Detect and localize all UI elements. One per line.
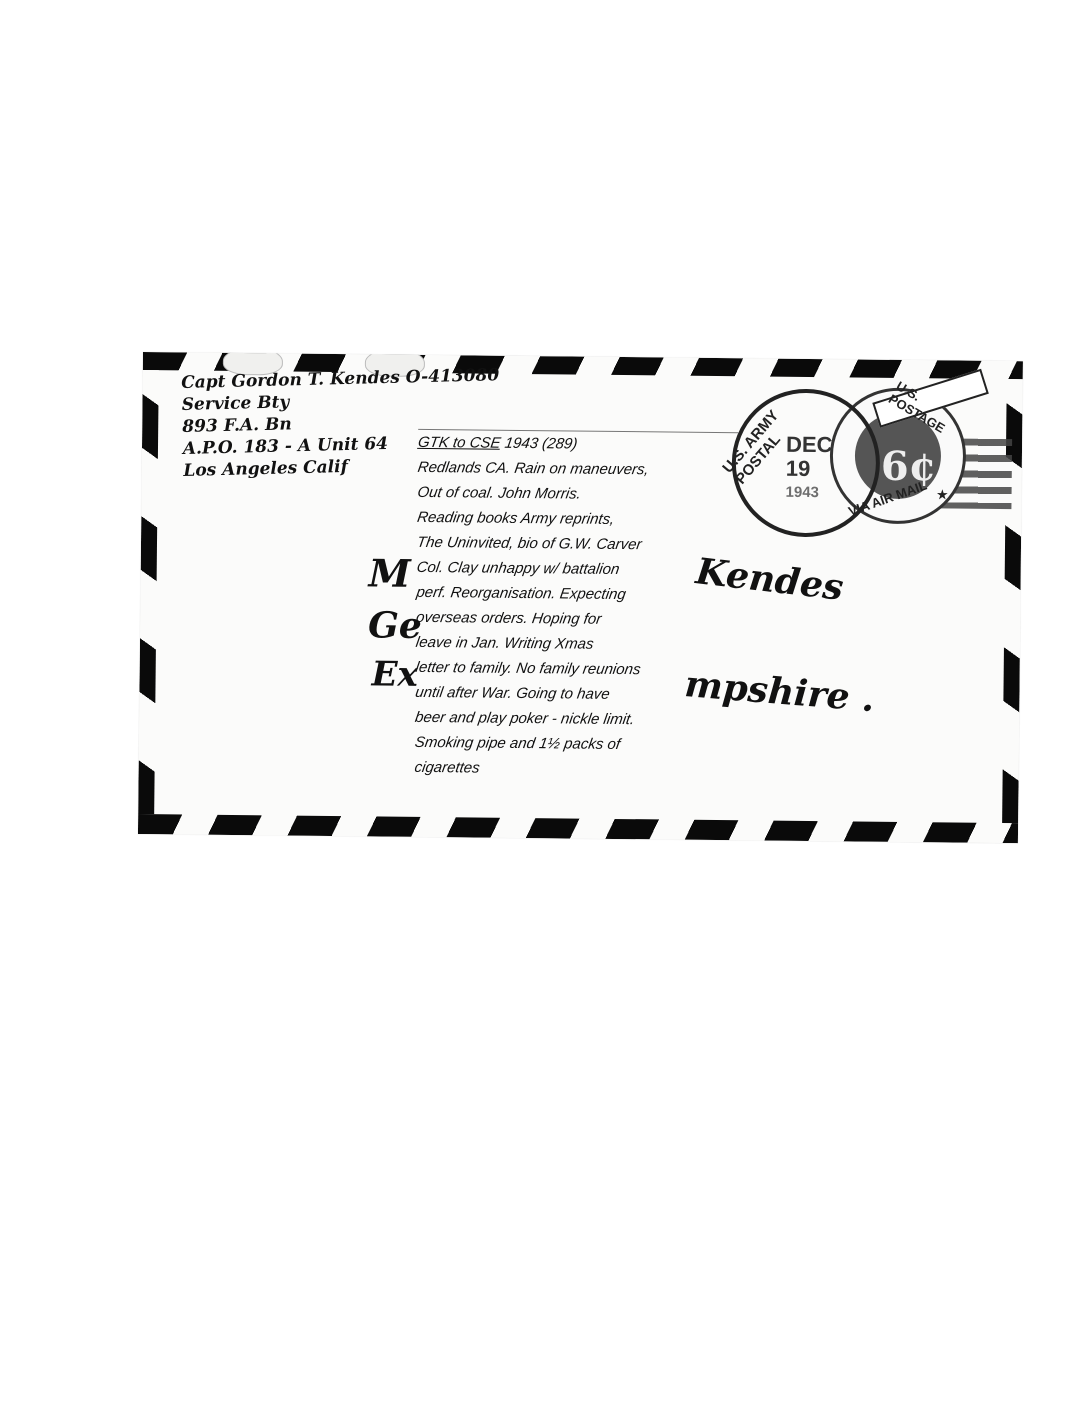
note-date: 1943 (289)	[503, 435, 578, 453]
note-line: beer and play poker - nickle limit.	[413, 705, 737, 733]
note-line: cigarettes	[413, 755, 737, 783]
addressee-fragment: M	[368, 550, 411, 595]
star-icon: ★	[936, 487, 949, 503]
addressee-fragment: Ex	[371, 654, 418, 694]
note-header: GTK to CSE 1943 (289)	[416, 430, 740, 458]
postmark-date: DEC 19 1943	[785, 433, 832, 505]
note-line: overseas orders. Hoping for	[414, 605, 738, 633]
note-line: Out of coal. John Morris.	[416, 480, 740, 508]
note-line: Reading books Army reprints,	[415, 505, 739, 533]
note-line: until after War. Going to have	[414, 680, 738, 708]
airmail-border-left	[138, 370, 159, 814]
airmail-envelope: Capt Gordon T. Kendes O-413080 Service B…	[138, 352, 1023, 843]
postmark-day: 19	[786, 457, 833, 481]
postmark-month: DEC	[786, 433, 833, 457]
note-line: The Uninvited, bio of G.W. Carver	[415, 530, 739, 558]
note-line: perf. Reorganisation. Expecting	[415, 580, 739, 608]
note-line: Redlands CA. Rain on maneuvers,	[416, 455, 740, 483]
archival-note-slip: GTK to CSE 1943 (289) Redlands CA. Rain …	[415, 429, 738, 753]
note-line: Smoking pipe and 1½ packs of	[413, 730, 737, 758]
note-line: leave in Jan. Writing Xmas	[414, 630, 738, 658]
postmark-year: 1943	[785, 481, 832, 505]
note-title: GTK to CSE	[417, 434, 502, 452]
note-line: Col. Clay unhappy w/ battalion	[415, 555, 739, 583]
airmail-border-bottom	[138, 814, 1018, 843]
note-line: letter to family. No family reunions	[414, 655, 738, 683]
postmark: U.S. ARMY POSTAL DEC 19 1943	[731, 388, 881, 538]
